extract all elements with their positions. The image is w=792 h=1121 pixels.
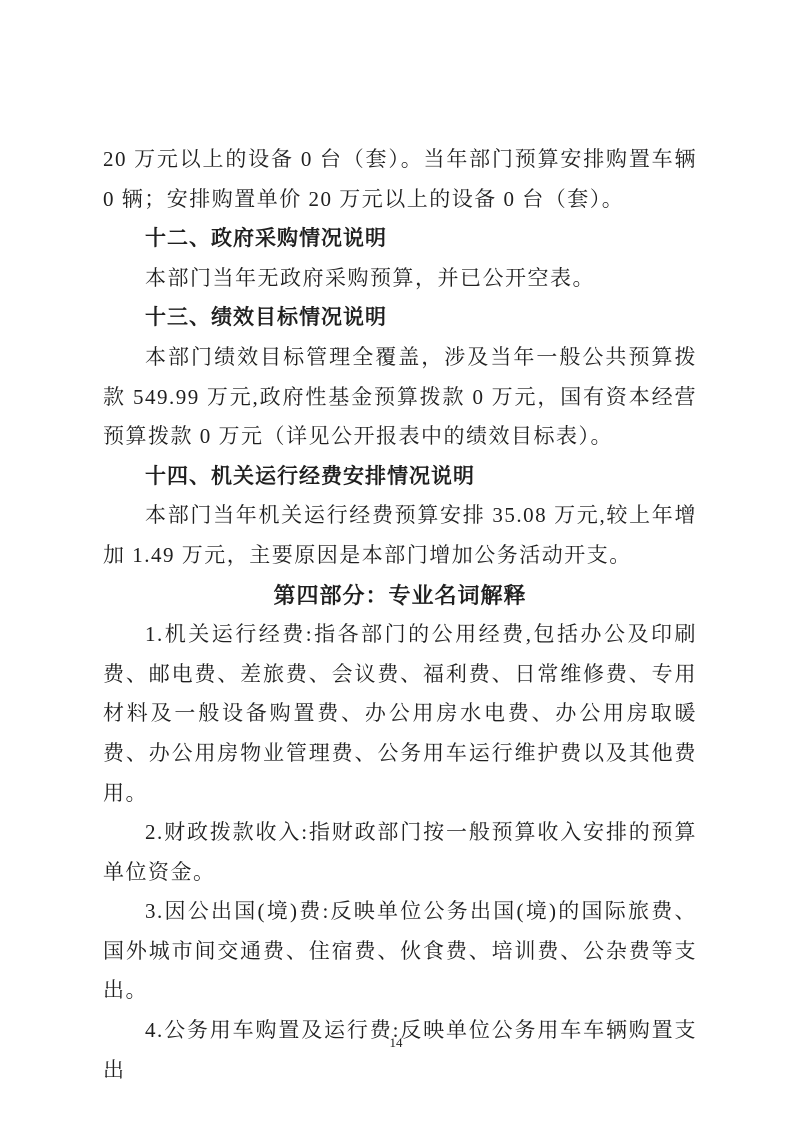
body-paragraph-continuation: 20 万元以上的设备 0 台（套）。当年部门预算安排购置车辆 0 辆；安排购置单… <box>103 140 697 219</box>
body-paragraph-performance: 本部门绩效目标管理全覆盖，涉及当年一般公共预算拨款 549.99 万元,政府性基… <box>103 338 697 457</box>
glossary-item-1-operating-funds: 1.机关运行经费:指各部门的公用经费,包括办公及印刷费、邮电费、差旅费、会议费、… <box>103 615 697 813</box>
document-page: 20 万元以上的设备 0 台（套）。当年部门预算安排购置车辆 0 辆；安排购置单… <box>0 0 792 1121</box>
section-heading-12-government-procurement: 十二、政府采购情况说明 <box>103 219 697 259</box>
glossary-item-3-overseas-travel-expenses: 3.因公出国(境)费:反映单位公务出国(境)的国际旅费、国外城市间交通费、住宿费… <box>103 892 697 1011</box>
body-paragraph-procurement: 本部门当年无政府采购预算，并已公开空表。 <box>103 259 697 299</box>
document-body: 20 万元以上的设备 0 台（套）。当年部门预算安排购置车辆 0 辆；安排购置单… <box>103 140 697 1090</box>
glossary-item-2-fiscal-appropriation-income: 2.财政拨款收入:指财政部门按一般预算收入安排的预算单位资金。 <box>103 813 697 892</box>
part-heading-glossary: 第四部分：专业名词解释 <box>103 576 697 616</box>
section-heading-13-performance-targets: 十三、绩效目标情况说明 <box>103 298 697 338</box>
page-number: 14 <box>0 1033 792 1053</box>
body-paragraph-operating-expenses: 本部门当年机关运行经费预算安排 35.08 万元,较上年增加 1.49 万元，主… <box>103 496 697 575</box>
section-heading-14-operating-expenses: 十四、机关运行经费安排情况说明 <box>103 457 697 497</box>
